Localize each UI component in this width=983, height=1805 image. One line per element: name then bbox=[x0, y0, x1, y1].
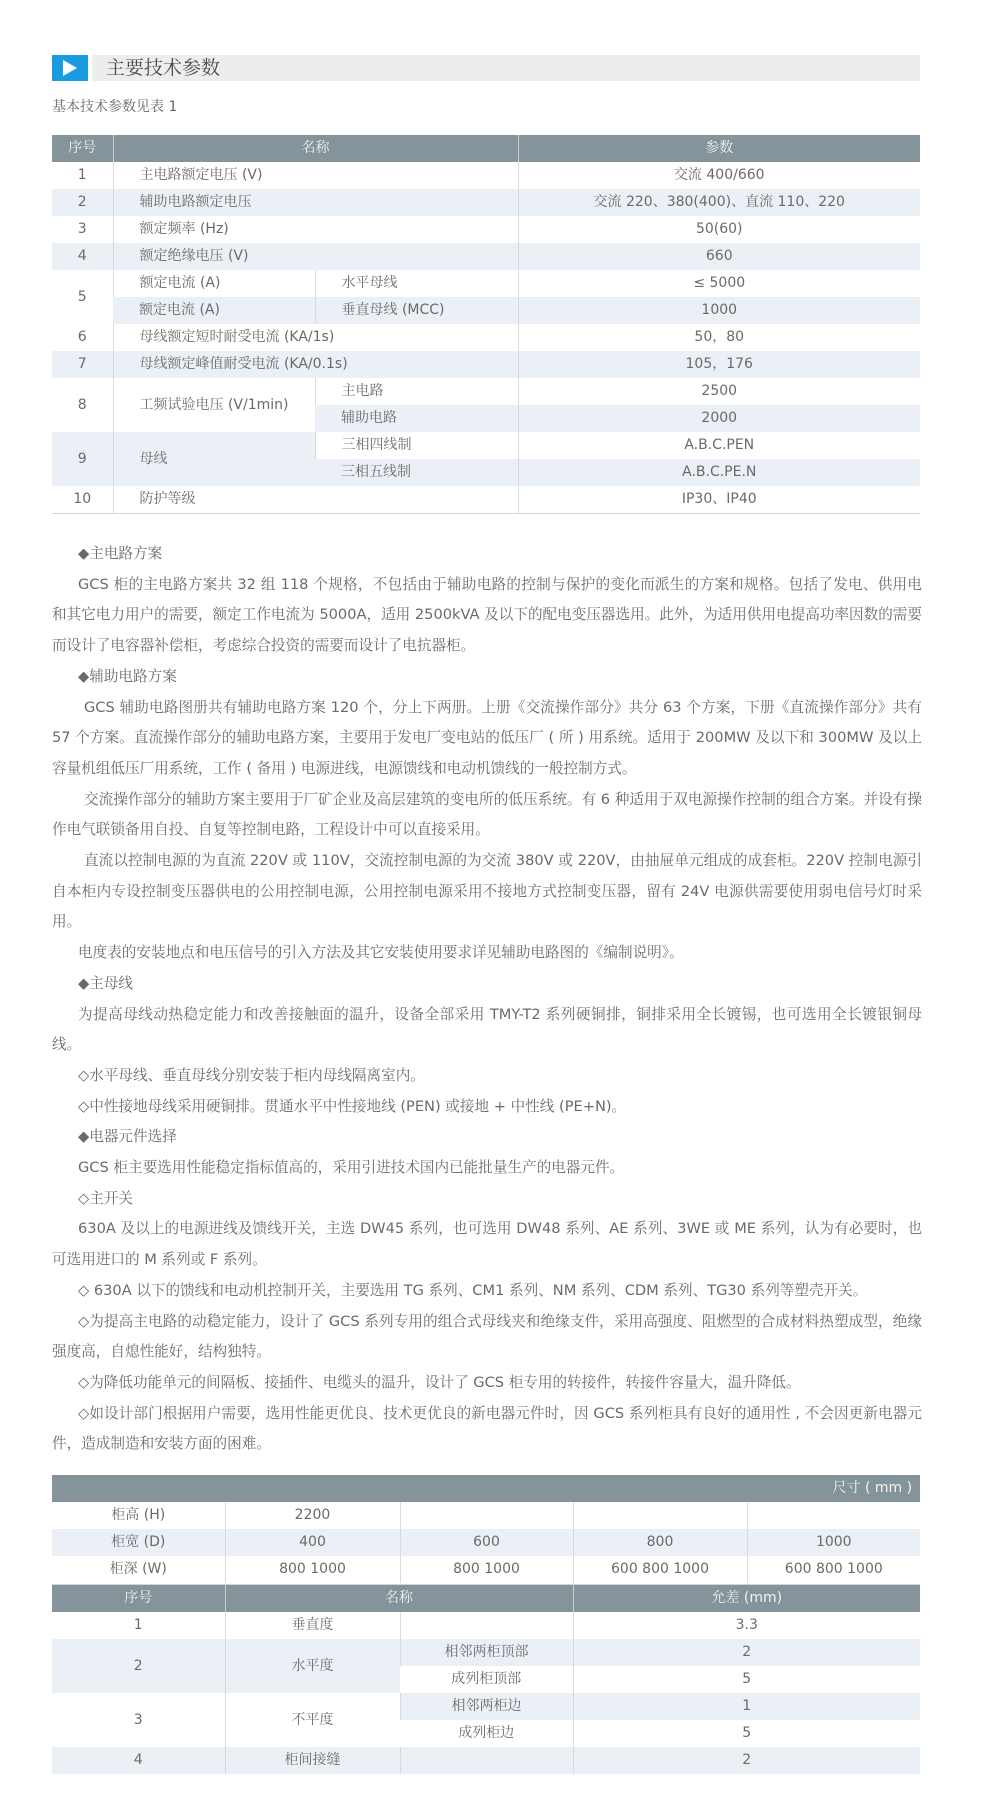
cell-name: 母线额定短时耐受电流 (KA/1s) bbox=[113, 324, 518, 351]
cell-value: 105，176 bbox=[518, 351, 920, 378]
description-body: ◆主电路方案 GCS 柜的主电路方案共 32 组 118 个规格，不包括由于辅助… bbox=[52, 539, 922, 1460]
cell-value: 5 bbox=[573, 1666, 920, 1693]
bullet-item: ◇水平母线、垂直母线分别安装于柜内母线隔离室内。 bbox=[52, 1061, 922, 1092]
cell-value bbox=[400, 1502, 573, 1529]
page-title: 主要技术参数 bbox=[106, 56, 220, 80]
cell-sub bbox=[400, 1747, 573, 1774]
header-no: 序号 bbox=[52, 135, 113, 162]
cell-value: 交流 220、380(400)、直流 110、220 bbox=[518, 189, 920, 216]
table-row: 4 柜间接缝 2 bbox=[52, 1747, 920, 1774]
table-row: 额定电流 (A) 垂直母线 (MCC) 1000 bbox=[52, 297, 920, 324]
cell-name: 不平度 bbox=[225, 1693, 400, 1747]
table-row: 10 防护等级 IP30、IP40 bbox=[52, 486, 920, 514]
table-row: 2 辅助电路额定电压 交流 220、380(400)、直流 110、220 bbox=[52, 189, 920, 216]
cell-no: 1 bbox=[52, 1612, 225, 1639]
cell-no: 7 bbox=[52, 351, 113, 378]
cell-label: 柜深 (W) bbox=[52, 1556, 225, 1583]
cell-sub: 相邻两柜边 bbox=[400, 1693, 573, 1720]
header-name: 名称 bbox=[225, 1585, 573, 1613]
cell-value: 50(60) bbox=[518, 216, 920, 243]
cell-name: 母线额定峰值耐受电流 (KA/0.1s) bbox=[113, 351, 518, 378]
cell-sub: 水平母线 bbox=[315, 270, 518, 297]
table-row: 3 不平度 相邻两柜边 1 bbox=[52, 1693, 920, 1720]
cell-sub: 垂直母线 (MCC) bbox=[315, 297, 518, 324]
bullet-item: ◇中性接地母线采用硬铜排。贯通水平中性接地线 (PEN) 或接地 + 中性线 (… bbox=[52, 1092, 922, 1123]
cell-value: 2 bbox=[573, 1639, 920, 1666]
table-row: 1 主电路额定电压 (V) 交流 400/660 bbox=[52, 162, 920, 189]
cell-sub bbox=[400, 1612, 573, 1639]
heading-main-circuit: ◆主电路方案 bbox=[52, 539, 922, 570]
cell-value: A.B.C.PE.N bbox=[518, 459, 920, 486]
bullet-item: ◇为降低功能单元的间隔板、接插件、电缆头的温升，设计了 GCS 柜专用的转接件，… bbox=[52, 1368, 922, 1399]
cell-name: 辅助电路额定电压 bbox=[113, 189, 518, 216]
cell-value bbox=[747, 1502, 920, 1529]
table-row: 柜宽 (D) 400 600 800 1000 bbox=[52, 1529, 920, 1556]
cell-name: 工频试验电压 (V/1min) bbox=[113, 378, 315, 432]
cell-value: 800 bbox=[573, 1529, 747, 1556]
section-title-bar: 主要技术参数 bbox=[52, 55, 920, 81]
cell-sub: 辅助电路 bbox=[315, 405, 518, 432]
cell-value: 1000 bbox=[747, 1529, 920, 1556]
cell-value: 600 bbox=[400, 1529, 573, 1556]
cell-value: 1 bbox=[573, 1693, 920, 1720]
bullet-item: ◇如设计部门根据用户需要，选用性能更优良、技术更优良的新电器元件时，因 GCS … bbox=[52, 1399, 922, 1460]
paragraph: 交流操作部分的辅助方案主要用于厂矿企业及高层建筑的变电所的低压系统。有 6 种适… bbox=[52, 785, 922, 846]
table-row: 7 母线额定峰值耐受电流 (KA/0.1s) 105，176 bbox=[52, 351, 920, 378]
cell-label: 柜高 (H) bbox=[52, 1502, 225, 1529]
cell-no: 8 bbox=[52, 378, 113, 432]
paragraph: GCS 柜主要选用性能稳定指标值高的，采用引进技术国内已能批量生产的电器元件。 bbox=[52, 1153, 922, 1184]
table-row: 柜深 (W) 800 1000 800 1000 600 800 1000 60… bbox=[52, 1556, 920, 1583]
cell-sub: 三相四线制 bbox=[315, 432, 518, 459]
cell-no: 9 bbox=[52, 432, 113, 486]
cell-value: 600 800 1000 bbox=[573, 1556, 747, 1583]
bullet-item: ◇ 630A 以下的馈线和电动机控制开关，主要选用 TG 系列、CM1 系列、N… bbox=[52, 1276, 922, 1307]
cell-value: 交流 400/660 bbox=[518, 162, 920, 189]
cell-value: 2500 bbox=[518, 378, 920, 405]
cell-name: 水平度 bbox=[225, 1639, 400, 1693]
play-triangle-icon bbox=[52, 55, 88, 81]
cell-no: 1 bbox=[52, 162, 113, 189]
tolerance-table: 序号 名称 允差 (mm) 1 垂直度 3.3 2 水平度 相邻两柜顶部 2 成… bbox=[52, 1584, 920, 1774]
table-row: 2 水平度 相邻两柜顶部 2 bbox=[52, 1639, 920, 1666]
cell-value: 660 bbox=[518, 243, 920, 270]
cell-no: 4 bbox=[52, 243, 113, 270]
cell-name: 额定绝缘电压 (V) bbox=[113, 243, 518, 270]
table-header-row: 序号 名称 允差 (mm) bbox=[52, 1585, 920, 1613]
cell-name: 垂直度 bbox=[225, 1612, 400, 1639]
heading-aux-circuit: ◆辅助电路方案 bbox=[52, 662, 922, 693]
cell-name: 额定电流 (A) bbox=[113, 297, 315, 324]
cell-name: 主电路额定电压 (V) bbox=[113, 162, 518, 189]
table-header-row: 尺寸 ( mm ) bbox=[52, 1475, 920, 1502]
cell-no: 3 bbox=[52, 1693, 225, 1747]
cell-value: 400 bbox=[225, 1529, 400, 1556]
table-header-row: 序号 名称 参数 bbox=[52, 135, 920, 162]
cell-sub: 三相五线制 bbox=[315, 459, 518, 486]
table-row: 5 额定电流 (A) 水平母线 ≤ 5000 bbox=[52, 270, 920, 297]
table-row: 1 垂直度 3.3 bbox=[52, 1612, 920, 1639]
bullet-item: ◇主开关 bbox=[52, 1184, 922, 1215]
table-row: 3 额定频率 (Hz) 50(60) bbox=[52, 216, 920, 243]
table-row: 9 母线 三相四线制 A.B.C.PEN bbox=[52, 432, 920, 459]
cell-sub: 成列柜边 bbox=[400, 1720, 573, 1747]
cell-sub: 相邻两柜顶部 bbox=[400, 1639, 573, 1666]
cell-no: 6 bbox=[52, 324, 113, 351]
paragraph: GCS 辅助电路图册共有辅助电路方案 120 个，分上下两册。上册《交流操作部分… bbox=[52, 693, 922, 785]
table-row: 4 额定绝缘电压 (V) 660 bbox=[52, 243, 920, 270]
cell-no: 5 bbox=[52, 270, 113, 324]
header-param: 参数 bbox=[518, 135, 920, 162]
cell-no: 3 bbox=[52, 216, 113, 243]
cell-value: 800 1000 bbox=[400, 1556, 573, 1583]
cell-value: 2 bbox=[573, 1747, 920, 1774]
cell-no: 2 bbox=[52, 189, 113, 216]
cell-name: 防护等级 bbox=[113, 486, 518, 514]
paragraph: 电度表的安装地点和电压信号的引入方法及其它安装使用要求详见辅助电路图的《编制说明… bbox=[52, 938, 922, 969]
cell-label: 柜宽 (D) bbox=[52, 1529, 225, 1556]
bullet-item: ◇为提高主电路的动稳定能力，设计了 GCS 系列专用的组合式母线夹和绝缘支件，采… bbox=[52, 1307, 922, 1368]
header-no: 序号 bbox=[52, 1585, 225, 1613]
cell-value: 2000 bbox=[518, 405, 920, 432]
paragraph: 为提高母线动热稳定能力和改善接触面的温升，设备全部采用 TMY-T2 系列硬铜排… bbox=[52, 1000, 922, 1061]
cell-no: 4 bbox=[52, 1747, 225, 1774]
cell-value: A.B.C.PEN bbox=[518, 432, 920, 459]
heading-components: ◆电器元件选择 bbox=[52, 1122, 922, 1153]
table-row: 柜高 (H) 2200 bbox=[52, 1502, 920, 1529]
cell-name: 额定频率 (Hz) bbox=[113, 216, 518, 243]
cell-value: IP30、IP40 bbox=[518, 486, 920, 514]
cell-value: ≤ 5000 bbox=[518, 270, 920, 297]
cell-value: 50，80 bbox=[518, 324, 920, 351]
cell-value bbox=[573, 1502, 747, 1529]
dimensions-table: 尺寸 ( mm ) 柜高 (H) 2200 柜宽 (D) 400 600 800… bbox=[52, 1475, 920, 1583]
cell-name: 柜间接缝 bbox=[225, 1747, 400, 1774]
cell-value: 800 1000 bbox=[225, 1556, 400, 1583]
cell-name: 母线 bbox=[113, 432, 315, 486]
cell-value: 1000 bbox=[518, 297, 920, 324]
header-name: 名称 bbox=[113, 135, 518, 162]
cell-value: 5 bbox=[573, 1720, 920, 1747]
cell-sub: 主电路 bbox=[315, 378, 518, 405]
table-caption: 基本技术参数见表 1 bbox=[52, 97, 177, 117]
cell-value: 3.3 bbox=[573, 1612, 920, 1639]
cell-value: 600 800 1000 bbox=[747, 1556, 920, 1583]
basic-params-table: 序号 名称 参数 1 主电路额定电压 (V) 交流 400/660 2 辅助电路… bbox=[52, 135, 920, 514]
header-tolerance: 允差 (mm) bbox=[573, 1585, 920, 1613]
paragraph: GCS 柜的主电路方案共 32 组 118 个规格，不包括由于辅助电路的控制与保… bbox=[52, 570, 922, 662]
paragraph: 630A 及以上的电源进线及馈线开关，主选 DW45 系列，也可选用 DW48 … bbox=[52, 1214, 922, 1275]
cell-sub: 成列柜顶部 bbox=[400, 1666, 573, 1693]
table-row: 6 母线额定短时耐受电流 (KA/1s) 50，80 bbox=[52, 324, 920, 351]
cell-name: 额定电流 (A) bbox=[113, 270, 315, 297]
cell-value: 2200 bbox=[225, 1502, 400, 1529]
header-dimensions: 尺寸 ( mm ) bbox=[52, 1475, 920, 1502]
heading-main-busbar: ◆主母线 bbox=[52, 969, 922, 1000]
paragraph: 直流以控制电源的为直流 220V 或 110V，交流控制电源的为交流 380V … bbox=[52, 846, 922, 938]
table-row: 8 工频试验电压 (V/1min) 主电路 2500 bbox=[52, 378, 920, 405]
cell-no: 10 bbox=[52, 486, 113, 514]
cell-no: 2 bbox=[52, 1639, 225, 1693]
